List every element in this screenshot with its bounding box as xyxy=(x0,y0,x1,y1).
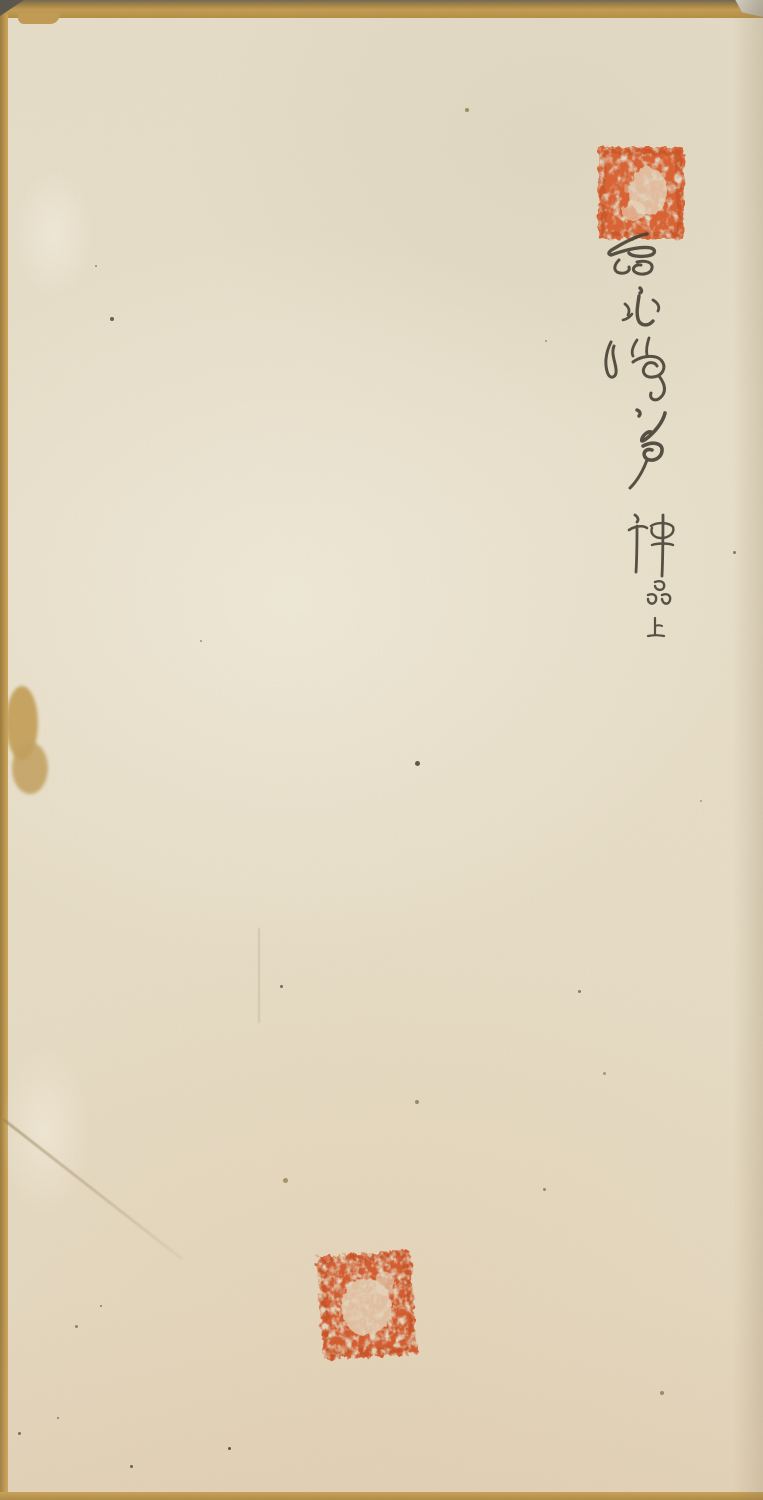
inscription-char-nian xyxy=(630,410,665,488)
foxing-speck xyxy=(415,761,420,766)
inscription-char-shang xyxy=(648,618,664,636)
foxing-speck xyxy=(543,1188,546,1191)
inscription-column xyxy=(585,220,705,660)
mount-border-top xyxy=(0,0,763,18)
foxing-speck xyxy=(283,1178,288,1183)
pale-worn-patch-upper-left xyxy=(14,168,94,298)
foxing-speck xyxy=(200,640,202,642)
foxing-speck xyxy=(415,1100,419,1104)
pale-worn-patch-lower-left xyxy=(0,1046,90,1216)
foxing-speck xyxy=(603,1072,606,1075)
inscription-char-zhi xyxy=(609,234,655,274)
right-edge-shading xyxy=(733,0,763,1500)
foxing-speck xyxy=(700,800,702,802)
inscription-char-wan xyxy=(606,338,665,400)
mount-border-left xyxy=(0,14,8,1494)
foxing-speck xyxy=(110,317,114,321)
inscription-char-yong xyxy=(623,288,659,325)
foxing-speck xyxy=(280,985,283,988)
artwork-photo: 智永晚年 神品上 xyxy=(0,0,763,1500)
inscription-char-pin xyxy=(648,581,670,603)
foxing-speck xyxy=(578,990,581,993)
fiber-streak xyxy=(258,928,260,1023)
inscription-char-shen xyxy=(629,515,673,576)
paper-chip-top-left xyxy=(18,13,60,24)
foxing-speck xyxy=(545,340,547,342)
foxing-speck xyxy=(95,265,97,267)
lower-seal-impression xyxy=(316,1250,417,1360)
abrasion-stain-left-lower xyxy=(12,742,48,794)
foxing-speck xyxy=(465,108,469,112)
lower-seal xyxy=(306,1243,428,1369)
mount-border-bottom xyxy=(0,1492,763,1500)
